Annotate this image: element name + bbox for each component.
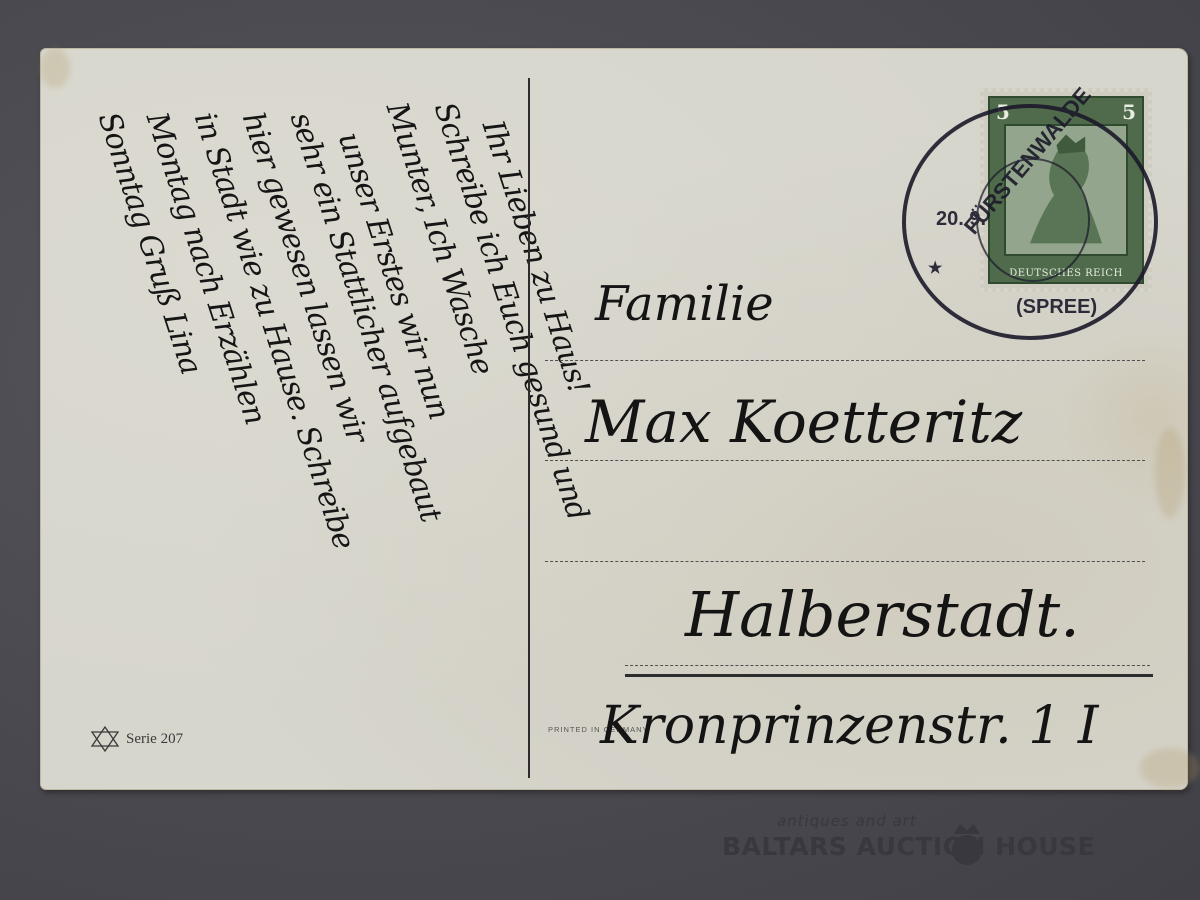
- address-guide-line: [545, 360, 1145, 361]
- address-guide-line: [625, 665, 1150, 666]
- address-solid-line: [625, 674, 1153, 677]
- postmark-town-bottom: (SPREE): [1016, 296, 1097, 319]
- postmark-date: 20. 9.: [936, 208, 986, 231]
- address-line-3: Halberstadt.: [685, 578, 1080, 651]
- age-stain: [1140, 748, 1200, 788]
- series-label: Serie 207: [126, 731, 183, 748]
- auction-house-watermark: antiques and art BALTARS AUCTION HOUSE: [722, 812, 1122, 872]
- crown-logo-icon: [950, 816, 984, 866]
- address-guide-line: [545, 561, 1145, 562]
- address-line-2: Max Koetteritz: [585, 388, 1022, 456]
- age-stain: [1155, 428, 1185, 518]
- postmark: FÜRSTENWALDE 20. 9. (SPREE) ★: [902, 104, 1158, 340]
- series-mark: Serie 207: [90, 726, 183, 752]
- center-divider-line: [528, 78, 530, 778]
- postmark-star-icon: ★: [928, 258, 942, 278]
- star-of-david-icon: [90, 726, 120, 752]
- address-line-1: Familie: [595, 276, 774, 332]
- postcard: Ihr Lieben zu Haus! Schreibe ich Euch ge…: [40, 48, 1188, 790]
- watermark-name: BALTARS AUCTION HOUSE: [722, 832, 1095, 861]
- handwritten-message: Ihr Lieben zu Haus! Schreibe ich Euch ge…: [60, 68, 530, 748]
- address-line-4: Kronprinzenstr. 1 I: [600, 696, 1098, 756]
- watermark-tagline: antiques and art: [777, 812, 917, 830]
- address-guide-line: [545, 460, 1145, 461]
